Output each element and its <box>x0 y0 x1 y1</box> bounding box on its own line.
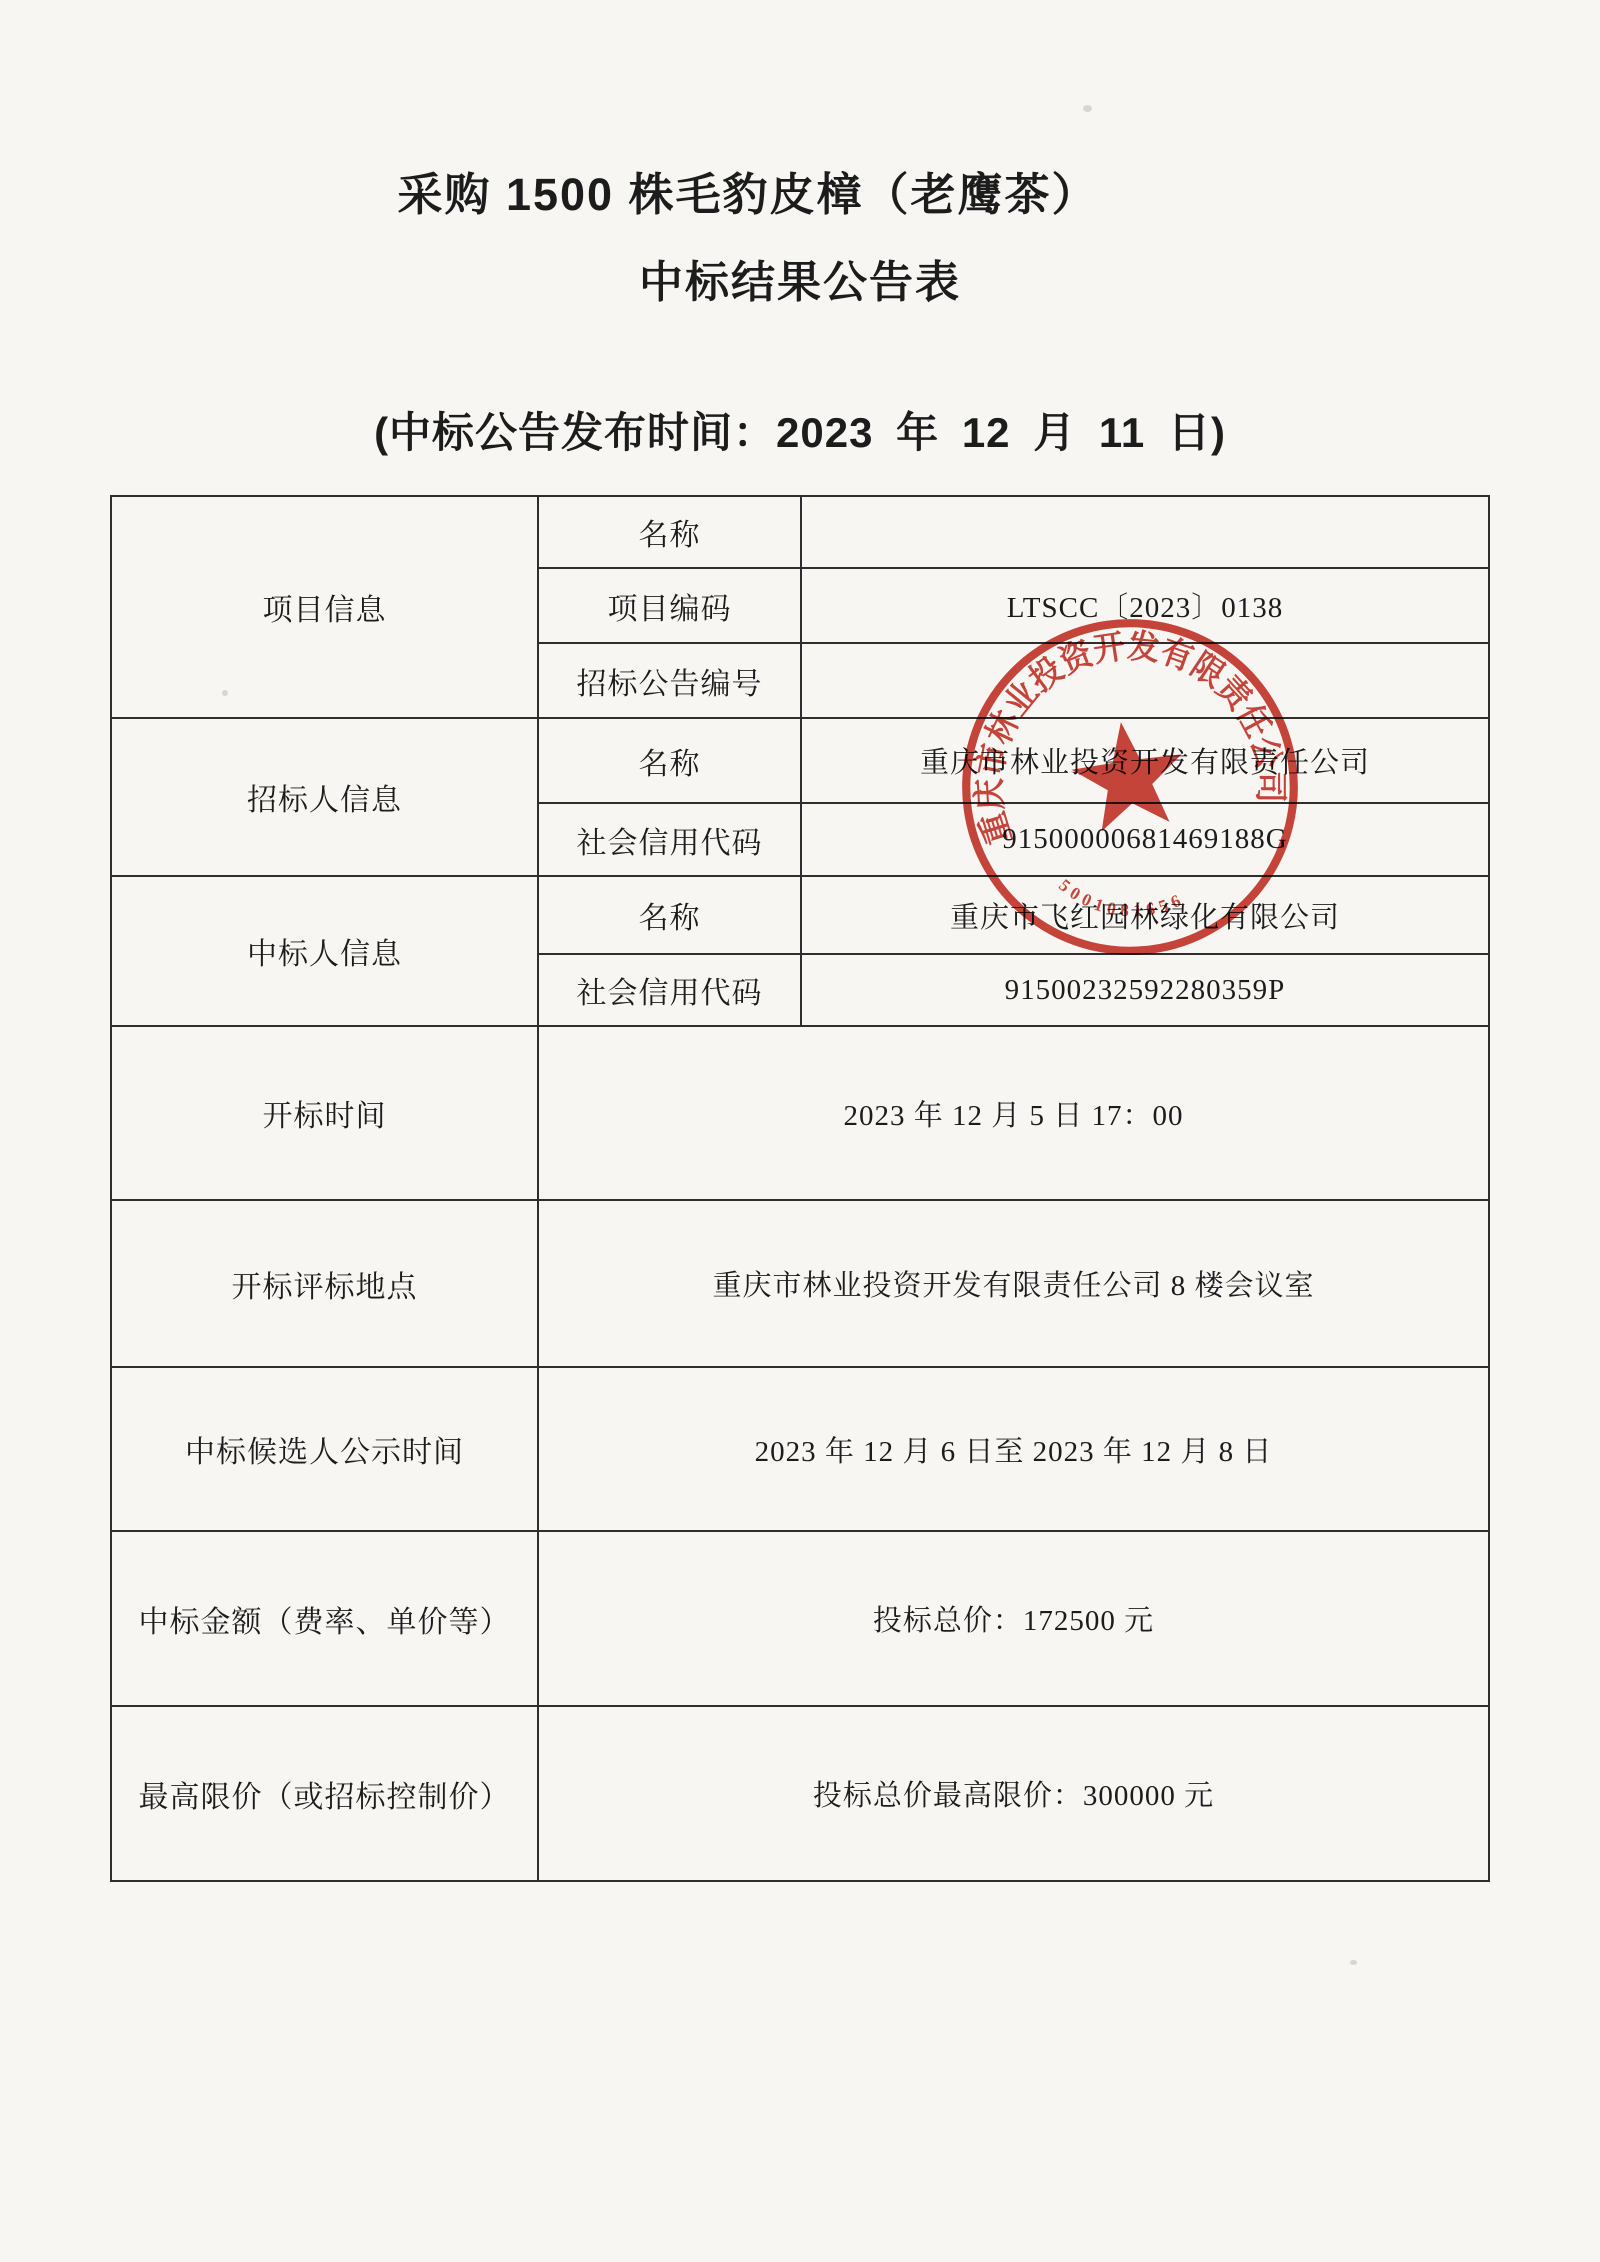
scan-speck <box>1350 1960 1357 1965</box>
cell-value-tenderer-name: 重庆市林业投资开发有限责任公司 <box>801 718 1489 803</box>
cell-value-bid-opening-place: 重庆市林业投资开发有限责任公司 8 楼会议室 <box>538 1200 1489 1367</box>
scan-speck <box>1083 105 1092 112</box>
publish-date-line: (中标公告发布时间：2023 年 12 月 11 日) <box>0 400 1600 460</box>
cell-value-tender-notice-no <box>801 643 1489 718</box>
cell-label-candidate-publicity-time: 中标候选人公示时间 <box>111 1367 538 1531</box>
bid-result-table: 项目信息 名称 项目编码 LTSCC〔2023〕0138 招标公告编号 招标人信… <box>110 495 1490 1882</box>
cell-label-winning-amount: 中标金额（费率、单价等） <box>111 1531 538 1706</box>
cell-sub-tender-notice-no: 招标公告编号 <box>538 643 801 718</box>
cell-value-project-code: LTSCC〔2023〕0138 <box>801 568 1489 643</box>
cell-value-bid-opening-time: 2023 年 12 月 5 日 17：00 <box>538 1026 1489 1200</box>
cell-group-winner-info: 中标人信息 <box>111 876 538 1026</box>
document-page: 采购 1500 株毛豹皮樟（老鹰茶） 中标结果公告表 (中标公告发布时间：202… <box>0 0 1600 2262</box>
cell-value-credit-code-1: 91500000681469188G <box>801 803 1489 876</box>
scan-speck <box>222 690 228 696</box>
cell-value-max-price: 投标总价最高限价：300000 元 <box>538 1706 1489 1881</box>
cell-value-winner-name: 重庆市飞红园林绿化有限公司 <box>801 876 1489 954</box>
cell-value-name-1 <box>801 496 1489 568</box>
cell-sub-name-2: 名称 <box>538 718 801 803</box>
document-title: 采购 1500 株毛豹皮樟（老鹰茶） <box>0 158 1548 223</box>
cell-sub-project-code: 项目编码 <box>538 568 801 643</box>
cell-group-tenderer-info: 招标人信息 <box>111 718 538 876</box>
cell-label-bid-opening-time: 开标时间 <box>111 1026 538 1200</box>
cell-sub-name-3: 名称 <box>538 876 801 954</box>
cell-sub-name-1: 名称 <box>538 496 801 568</box>
cell-label-bid-opening-place: 开标评标地点 <box>111 1200 538 1367</box>
document-subtitle: 中标结果公告表 <box>0 246 1600 310</box>
cell-value-winning-amount: 投标总价：172500 元 <box>538 1531 1489 1706</box>
cell-value-credit-code-2: 91500232592280359P <box>801 954 1489 1026</box>
cell-value-candidate-publicity-time: 2023 年 12 月 6 日至 2023 年 12 月 8 日 <box>538 1367 1489 1531</box>
cell-sub-credit-code-2: 社会信用代码 <box>538 954 801 1026</box>
cell-group-project-info: 项目信息 <box>111 496 538 718</box>
cell-sub-credit-code-1: 社会信用代码 <box>538 803 801 876</box>
cell-label-max-price: 最高限价（或招标控制价） <box>111 1706 538 1881</box>
